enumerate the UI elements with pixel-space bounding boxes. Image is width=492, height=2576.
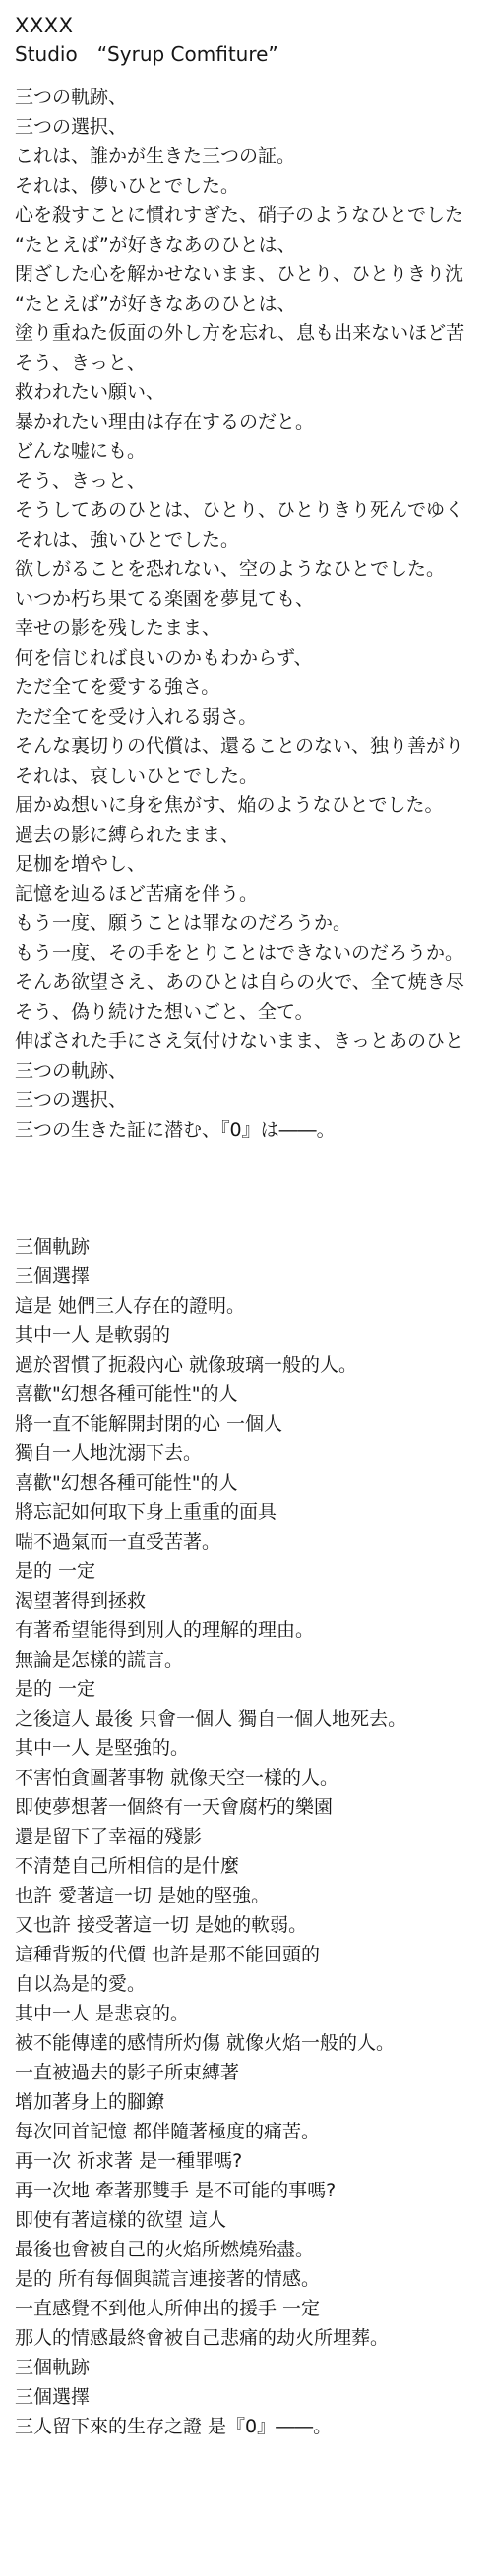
text-line: それは、儚いひとでした。 (15, 171, 492, 201)
text-line: 其中一人 是軟弱的 (15, 1320, 492, 1350)
text-line: そうしてあのひとは、ひとり、ひとりきり死んでゆく (15, 496, 492, 525)
text-line: 那人的情感最終會被自己悲痛的劫火所埋葬。 (15, 2323, 492, 2353)
text-line: 三つの選択、 (15, 1085, 492, 1115)
text-line: 是的 所有每個與謊言連接著的情感。 (15, 2264, 492, 2294)
text-line: 每次回首記憶 都伴隨著極度的痛苦。 (15, 2117, 492, 2146)
text-line: “たとえば”が好きなあのひとは、 (15, 289, 492, 319)
text-line: ただ全てを愛する強さ。 (15, 673, 492, 702)
text-line: 也許 愛著這一切 是她的堅強。 (15, 1881, 492, 1910)
text-line: 三個選擇 (15, 1261, 492, 1291)
text-line: 三つの生きた証に潜む、『0』は――。 (15, 1115, 492, 1144)
text-line: 伸ばされた手にさえ気付けないまま、きっとあのひと (15, 1026, 492, 1056)
text-line: 這種背叛的代價 也許是那不能回頭的 (15, 1940, 492, 1969)
text-line: 將一直不能解開封閉的心 一個人 (15, 1409, 492, 1438)
text-line: 救われたい願い、 (15, 378, 492, 407)
text-line: 三人留下來的生存之證 是『0』――。 (15, 2412, 492, 2441)
text-line: 不害怕貪圖著事物 就像天空一樣的人。 (15, 1763, 492, 1792)
text-line: 三個選擇 (15, 2382, 492, 2412)
text-line: 喘不過氣而一直受苦著。 (15, 1527, 492, 1556)
text-line: 被不能傳達的感情所灼傷 就像火焰一般的人。 (15, 2028, 492, 2058)
text-line: 再一次 祈求著 是一種罪嗎? (15, 2146, 492, 2176)
text-line: 自以為是的愛。 (15, 1969, 492, 1999)
text-line: 塗り重ねた仮面の外し方を忘れ、息も出来ないほど苦 (15, 319, 492, 348)
text-line: もう一度、願うことは罪なのだろうか。 (15, 908, 492, 938)
text-line: 不清楚自己所相信的是什麼 (15, 1851, 492, 1881)
text-line: 將忘記如何取下身上重重的面具 (15, 1497, 492, 1527)
text-line: 閉ざした心を解かせないまま、ひとり、ひとりきり沈 (15, 260, 492, 289)
text-line: そんあ欲望さえ、あのひとは自らの火で、全て焼き尽 (15, 967, 492, 997)
text-line: 足枷を増やし、 (15, 849, 492, 879)
text-line: それは、強いひとでした。 (15, 525, 492, 555)
text-line: 三つの軌跡、 (15, 1056, 492, 1085)
text-line: 過去の影に縛られたまま、 (15, 820, 492, 849)
text-line: 心を殺すことに慣れすぎた、硝子のようなひとでした (15, 201, 492, 230)
text-line: 喜歡"幻想各種可能性"的人 (15, 1468, 492, 1497)
document-title: XXXX (15, 10, 492, 41)
text-line: 即使夢想著一個終有一天會腐朽的樂園 (15, 1792, 492, 1822)
text-line: 其中一人 是堅強的。 (15, 1733, 492, 1763)
text-line: 何を信じれば良いのかもわからず、 (15, 643, 492, 673)
text-line: 之後這人 最後 只會一個人 獨自一個人地死去。 (15, 1704, 492, 1733)
document-page: XXXX Studio “Syrup Comfiture” 三つの軌跡、三つの選… (0, 0, 492, 2441)
text-line: 幸せの影を残したまま、 (15, 614, 492, 643)
text-line: 是的 一定 (15, 1556, 492, 1586)
text-line: 三個軌跡 (15, 1232, 492, 1261)
text-line: ただ全てを受け入れる弱さ。 (15, 702, 492, 732)
studio-subtitle: Studio “Syrup Comfiture” (15, 41, 492, 67)
text-line: 過於習慣了扼殺內心 就像玻璃一般的人。 (15, 1350, 492, 1379)
text-line: 記憶を辿るほど苦痛を伴う。 (15, 879, 492, 908)
text-line: どんな嘘にも。 (15, 437, 492, 466)
text-line: 無論是怎樣的謊言。 (15, 1645, 492, 1674)
text-line: それは、哀しいひとでした。 (15, 761, 492, 790)
text-line: そう、きっと、 (15, 348, 492, 378)
text-line: そんな裏切りの代償は、還ることのない、独り善がり (15, 732, 492, 761)
text-line: 即使有著這樣的欲望 這人 (15, 2205, 492, 2235)
japanese-poem-section: 三つの軌跡、三つの選択、これは、誰かが生きた三つの証。それは、儚いひとでした。心… (15, 83, 492, 1144)
text-line: 一直被過去的影子所束縛著 (15, 2058, 492, 2087)
text-line: いつか朽ち果てる楽園を夢見ても、 (15, 584, 492, 614)
text-line: 三つの選択、 (15, 112, 492, 142)
text-line: 增加著身上的腳鐐 (15, 2087, 492, 2117)
chinese-translation-section: 三個軌跡三個選擇這是 她們三人存在的證明。其中一人 是軟弱的過於習慣了扼殺內心 … (15, 1232, 492, 2441)
text-line: もう一度、その手をとりことはできないのだろうか。 (15, 938, 492, 967)
text-line: 三個軌跡 (15, 2353, 492, 2382)
text-line: 還是留下了幸福的殘影 (15, 1822, 492, 1851)
text-line: 有著希望能得到別人的理解的理由。 (15, 1615, 492, 1645)
text-line: 届かぬ想いに身を焦がす、焔のようなひとでした。 (15, 790, 492, 820)
text-line: 獨自一人地沈溺下去。 (15, 1438, 492, 1468)
text-line: 暴かれたい理由は存在するのだと。 (15, 407, 492, 437)
text-line: 欲しがることを恐れない、空のようなひとでした。 (15, 555, 492, 584)
text-line: これは、誰かが生きた三つの証。 (15, 142, 492, 171)
text-line: “たとえば”が好きなあのひとは、 (15, 230, 492, 260)
text-line: 喜歡"幻想各種可能性"的人 (15, 1379, 492, 1409)
text-line: そう、きっと、 (15, 466, 492, 496)
text-line: 渴望著得到拯救 (15, 1586, 492, 1615)
text-line: 最後也會被自己的火焰所燃燒殆盡。 (15, 2235, 492, 2264)
text-line: 又也許 接受著這一切 是她的軟弱。 (15, 1910, 492, 1940)
text-line: そう、偽り続けた想いごと、全て。 (15, 997, 492, 1026)
text-line: 這是 她們三人存在的證明。 (15, 1291, 492, 1320)
text-line: 再一次地 牽著那雙手 是不可能的事嗎? (15, 2176, 492, 2205)
text-line: 是的 一定 (15, 1674, 492, 1704)
text-line: 其中一人 是悲哀的。 (15, 1999, 492, 2028)
text-line: 三つの軌跡、 (15, 83, 492, 112)
text-line: 一直感覺不到他人所伸出的援手 一定 (15, 2294, 492, 2323)
